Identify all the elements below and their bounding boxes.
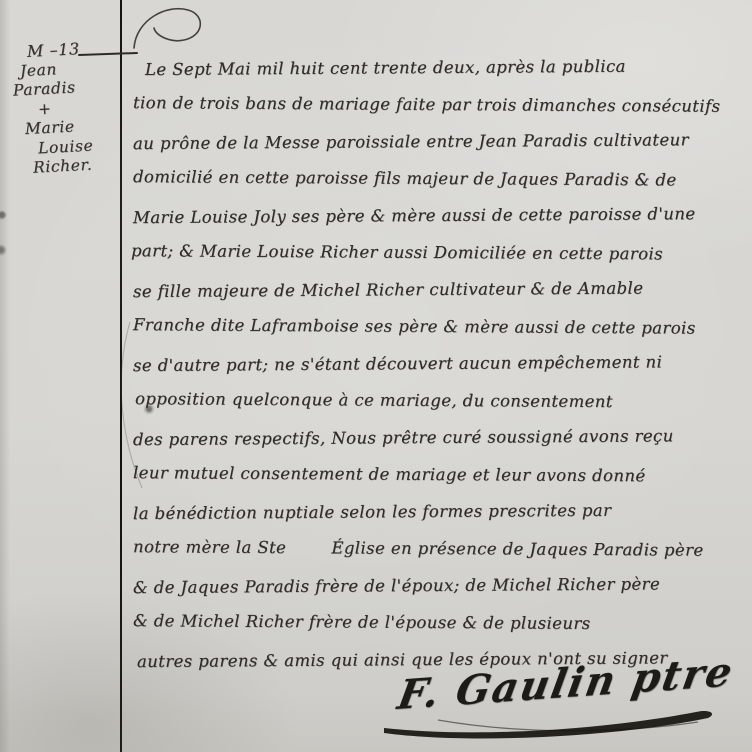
record-text-line: domicilié en cette paroisse fils majeur … (133, 158, 733, 199)
record-text-line: se d'autre part; ne s'étant découvert au… (133, 343, 733, 384)
record-text-line: & de Michel Richer frère de l'épouse & d… (133, 602, 733, 643)
margin-annotation: M –13 Jean Paradis + Marie Louise Richer… (7, 37, 122, 179)
record-text-line: tion de trois bans de mariage faite par … (133, 84, 733, 125)
record-text-line: Le Sept Mai mil huit cent trente deux, a… (145, 47, 733, 88)
pen-flourish-mark (126, 2, 221, 52)
record-text-line: notre mère la Ste Église en présence de … (133, 528, 733, 569)
record-text-line: au prône de la Messe paroissiale entre J… (133, 121, 733, 162)
record-text-line: se fille majeure de Michel Richer cultiv… (133, 269, 733, 310)
record-text-line: part; & Marie Louise Richer aussi Domici… (131, 232, 733, 273)
record-text-line: des parens respectifs, Nous prêtre curé … (133, 417, 733, 458)
record-text-line: la bénédiction nuptiale selon les formes… (133, 491, 733, 532)
record-body: Le Sept Mai mil huit cent trente deux, a… (133, 49, 733, 678)
record-text-line: Franche dite Laframboise ses père & mère… (133, 306, 733, 347)
record-text-line: Marie Louise Joly ses père & mère aussi … (133, 195, 733, 236)
margin-bride-surname: Richer. (33, 154, 122, 178)
signature-flourish (378, 700, 728, 745)
record-text-line: opposition quelconque à ce mariage, du c… (135, 380, 733, 421)
record-text-line: leur mutuel consentement de mariage et l… (133, 454, 733, 495)
record-text-line: & de Jaques Paradis frère de l'époux; de… (133, 565, 733, 606)
register-page-scan: M –13 Jean Paradis + Marie Louise Richer… (0, 0, 752, 752)
